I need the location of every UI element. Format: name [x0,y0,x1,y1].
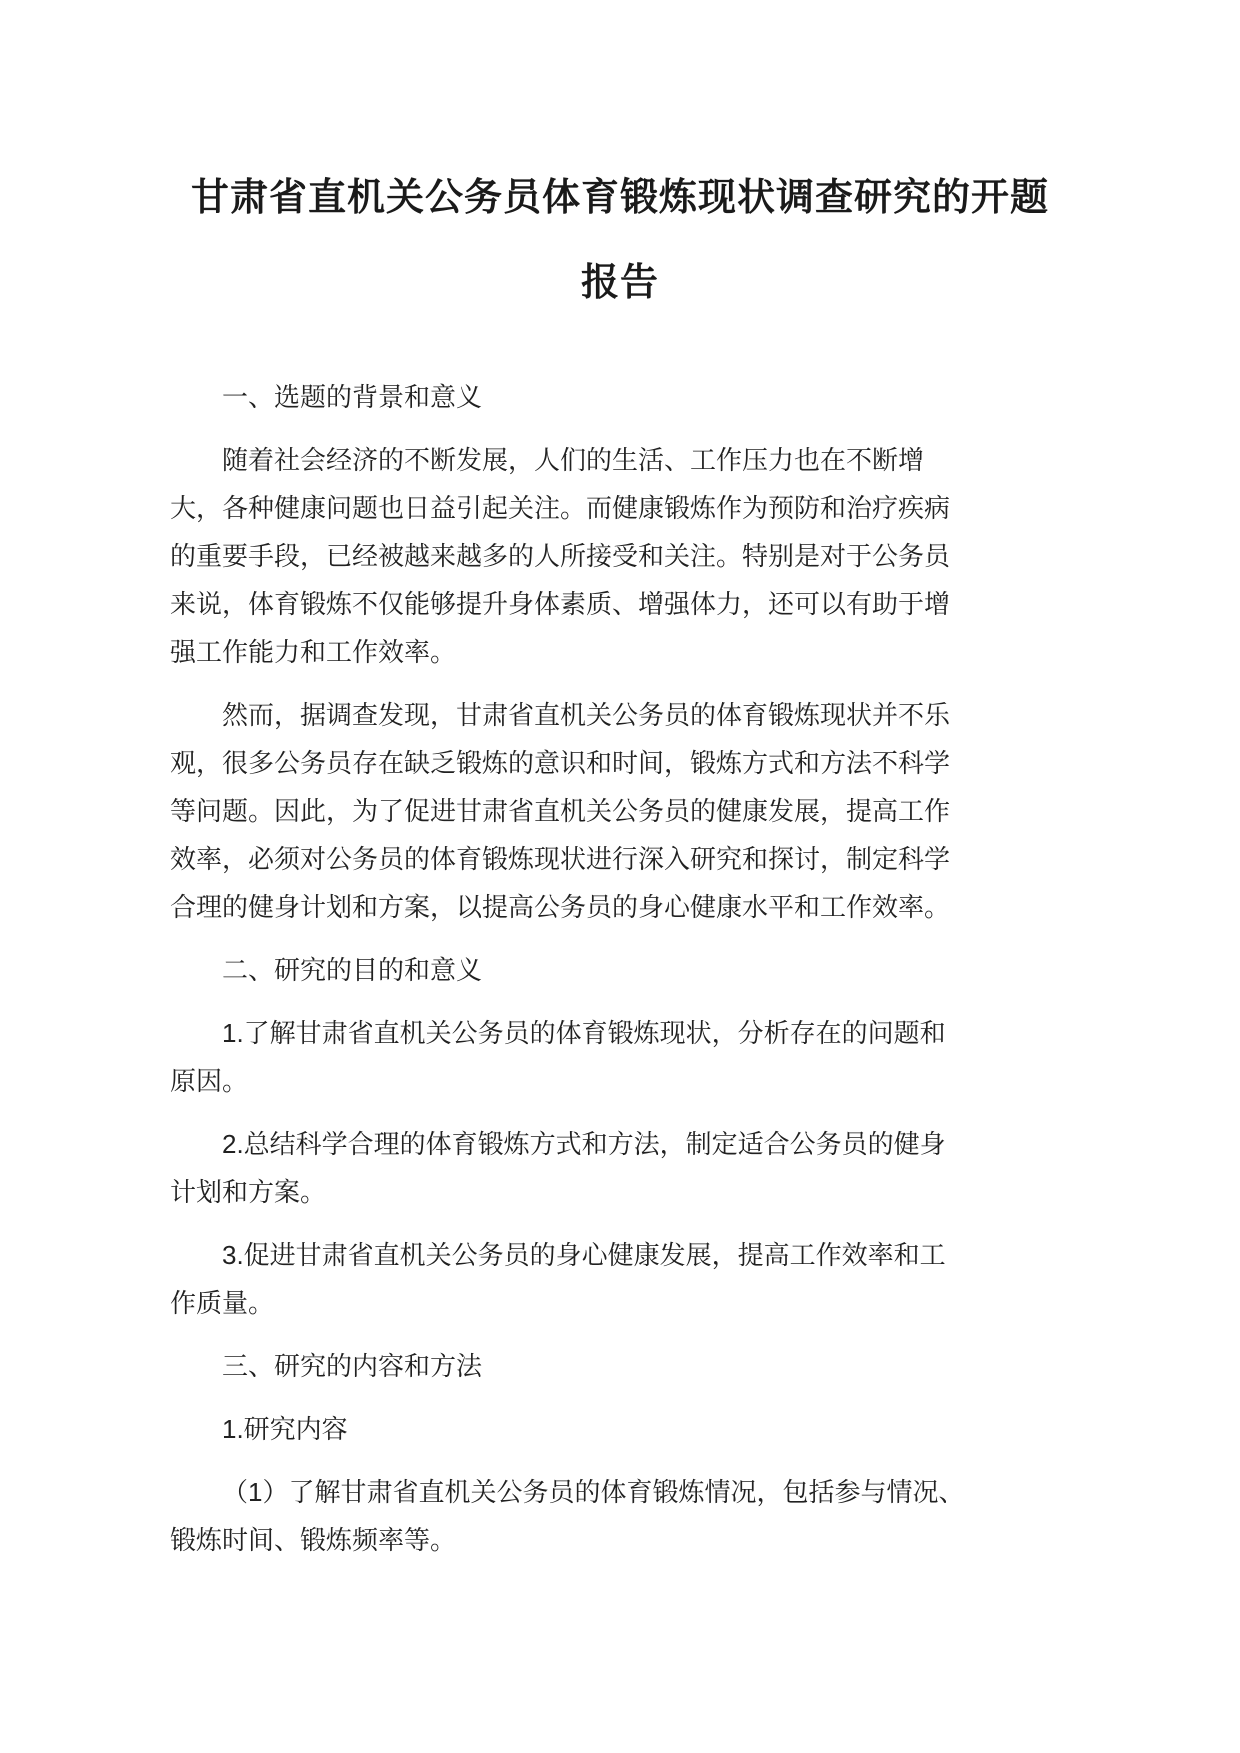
section-2-item-3: 3.促进甘肃省直机关公务员的身心健康发展，提高工作效率和工作质量。 [170,1231,970,1327]
section-2-item-2: 2.总结科学合理的体育锻炼方式和方法，制定适合公务员的健身计划和方案。 [170,1120,970,1216]
section-3-subheading-research-content: 1.研究内容 [170,1405,970,1453]
section-background-and-significance: 一、选题的背景和意义 随着社会经济的不断发展，人们的生活、工作压力也在不断增大，… [170,373,970,931]
section-1-paragraph-2: 然而，据调查发现，甘肃省直机关公务员的体育锻炼现状并不乐观，很多公务员存在缺乏锻… [170,691,970,931]
document-title-line-2: 报告 [0,241,1240,326]
document-body: 一、选题的背景和意义 随着社会经济的不断发展，人们的生活、工作压力也在不断增大，… [170,373,970,1564]
section-3-heading: 三、研究的内容和方法 [170,1342,970,1390]
section-1-heading: 一、选题的背景和意义 [170,373,970,421]
section-content-and-methods: 三、研究的内容和方法 1.研究内容 （1）了解甘肃省直机关公务员的体育锻炼情况，… [170,1342,970,1564]
section-2-item-1: 1.了解甘肃省直机关公务员的体育锻炼现状，分析存在的问题和原因。 [170,1009,970,1105]
document-title-line-1: 甘肃省直机关公务员体育锻炼现状调查研究的开题 [0,156,1240,241]
document-title: 甘肃省直机关公务员体育锻炼现状调查研究的开题 报告 [0,0,1240,326]
section-3-item-1: （1）了解甘肃省直机关公务员的体育锻炼情况，包括参与情况、锻炼时间、锻炼频率等。 [170,1468,970,1564]
section-2-heading: 二、研究的目的和意义 [170,946,970,994]
document-page: 甘肃省直机关公务员体育锻炼现状调查研究的开题 报告 一、选题的背景和意义 随着社… [0,0,1240,1753]
section-1-paragraph-1: 随着社会经济的不断发展，人们的生活、工作压力也在不断增大，各种健康问题也日益引起… [170,436,970,676]
section-purpose-and-significance: 二、研究的目的和意义 1.了解甘肃省直机关公务员的体育锻炼现状，分析存在的问题和… [170,946,970,1327]
